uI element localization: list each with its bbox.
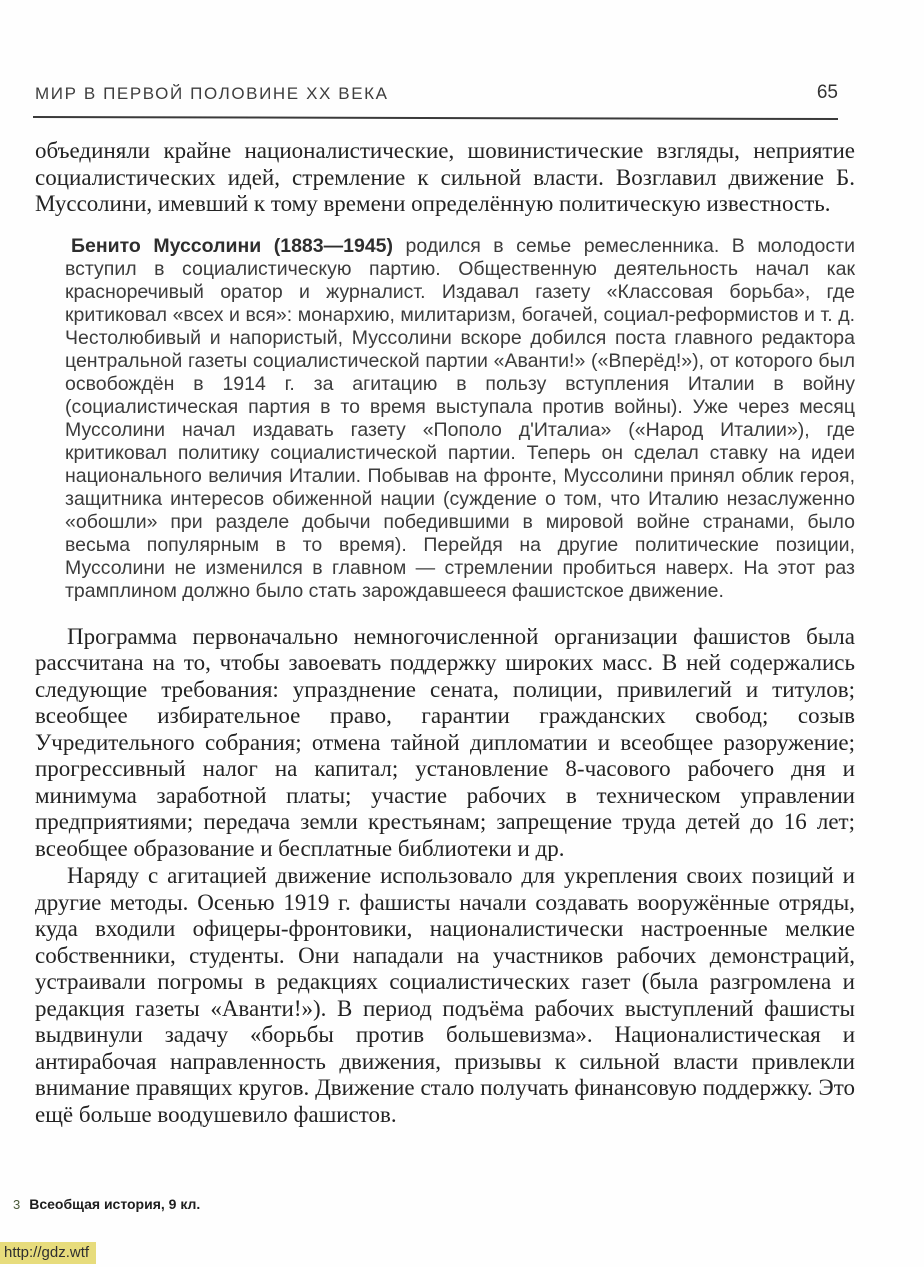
paragraph-methods: Наряду с агитацией движение использовало… — [35, 863, 855, 1128]
biography-inset: Бенито Муссолини (1883—1945) родился в с… — [65, 235, 855, 603]
biography-lead-bold: Бенито Муссолини (1883—1945) — [71, 235, 393, 257]
running-head: МИР В ПЕРВОЙ ПОЛОВИНЕ XX ВЕКА 65 — [35, 82, 838, 104]
signature-book-title: Всеобщая история, 9 кл. — [29, 1196, 200, 1212]
scanned-textbook-page: МИР В ПЕРВОЙ ПОЛОВИНЕ XX ВЕКА 65 объедин… — [0, 0, 924, 1267]
page-number: 65 — [817, 82, 838, 104]
page-body: объединяли крайне националистические, шо… — [35, 138, 855, 1128]
chapter-running-title: МИР В ПЕРВОЙ ПОЛОВИНЕ XX ВЕКА — [35, 84, 389, 104]
printers-signature: 3 Всеобщая история, 9 кл. — [13, 1196, 200, 1212]
paragraph-program: Программа первоначально немногочисленной… — [35, 624, 855, 863]
watermark-url: http://gdz.wtf — [0, 1242, 96, 1264]
signature-number: 3 — [13, 1197, 20, 1212]
biography-body-text: родился в семье ремесленника. В молодост… — [65, 235, 855, 602]
header-rule — [33, 116, 838, 120]
paragraph-intro: объединяли крайне националистические, шо… — [35, 138, 855, 218]
